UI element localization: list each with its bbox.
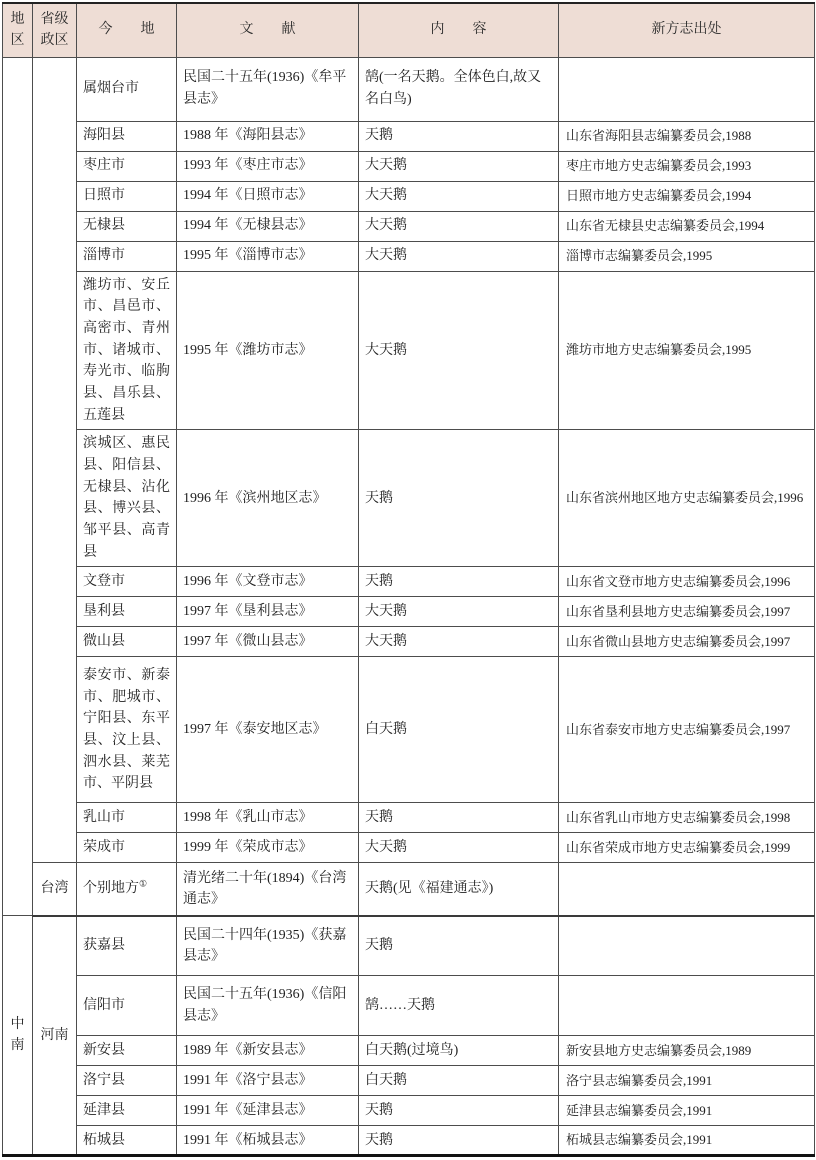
content-cell-text: 鹄……天鹅 bbox=[365, 998, 435, 1013]
document-cell-text: 1991 年《延津县志》 bbox=[183, 1103, 313, 1118]
footnote-marker: ① bbox=[139, 879, 147, 889]
document-cell-text: 民国二十四年(1935)《获嘉县志》 bbox=[183, 928, 346, 965]
document-cell: 1993 年《枣庄市志》 bbox=[177, 151, 359, 181]
document-cell-text: 1991 年《洛宁县志》 bbox=[183, 1073, 313, 1088]
document-cell-text: 1997 年《泰安地区志》 bbox=[183, 722, 327, 737]
source-cell bbox=[559, 57, 815, 121]
place-cell-text: 滨城区、惠民县、阳信县、无棣县、沾化县、博兴县、邹平县、高青县 bbox=[83, 436, 170, 559]
place-cell-text: 乳山市 bbox=[83, 810, 125, 825]
source-cell: 枣庄市地方史志编纂委员会,1993 bbox=[559, 151, 815, 181]
source-cell-text: 枣庄市地方史志编纂委员会,1993 bbox=[566, 158, 751, 173]
source-cell: 新安县地方史志编纂委员会,1989 bbox=[559, 1036, 815, 1066]
source-cell: 山东省滨州地区地方史志编纂委员会,1996 bbox=[559, 430, 815, 567]
source-cell-text: 淄博市志编纂委员会,1995 bbox=[566, 248, 712, 263]
place-cell-text: 微山县 bbox=[83, 634, 125, 649]
place-cell-text: 海阳县 bbox=[83, 128, 125, 143]
document-cell: 1996 年《滨州地区志》 bbox=[177, 430, 359, 567]
content-cell-text: 大天鹅 bbox=[365, 158, 407, 173]
document-cell-text: 1991 年《柘城县志》 bbox=[183, 1133, 313, 1148]
content-cell-text: 白天鹅(过境鸟) bbox=[365, 1043, 458, 1058]
place-cell-text: 荣成市 bbox=[83, 840, 125, 855]
source-cell: 日照市地方史志编纂委员会,1994 bbox=[559, 181, 815, 211]
document-cell-text: 1997 年《微山县志》 bbox=[183, 634, 313, 649]
document-cell-text: 1995 年《潍坊市志》 bbox=[183, 343, 313, 358]
content-cell: 白天鹅 bbox=[359, 1066, 559, 1096]
place-cell-text: 获嘉县 bbox=[83, 938, 125, 953]
source-cell-text: 山东省乳山市地方史志编纂委员会,1998 bbox=[566, 810, 790, 825]
table-row: 垦利县1997 年《垦利县志》大天鹅山东省垦利县地方史志编纂委员会,1997 bbox=[3, 597, 815, 627]
source-cell-text: 山东省海阳县志编纂委员会,1988 bbox=[566, 128, 751, 143]
place-cell: 乳山市 bbox=[77, 803, 177, 833]
header-content: 内 容 bbox=[359, 3, 559, 57]
content-cell-text: 大天鹅 bbox=[365, 188, 407, 203]
table-row: 无棣县1994 年《无棣县志》大天鹅山东省无棣县史志编纂委员会,1994 bbox=[3, 211, 815, 241]
document-cell-text: 1996 年《文登市志》 bbox=[183, 574, 313, 589]
source-cell-text: 延津县志编纂委员会,1991 bbox=[566, 1103, 712, 1118]
document-cell-text: 1995 年《淄博市志》 bbox=[183, 248, 313, 263]
table-row: 潍坊市、安丘市、昌邑市、高密市、青州市、诸城市、寿光市、临朐县、昌乐县、五莲县1… bbox=[3, 271, 815, 430]
place-cell-text: 洛宁县 bbox=[83, 1073, 125, 1088]
content-cell-text: 大天鹅 bbox=[365, 343, 407, 358]
header-row: 地区 省级政区 今 地 文 献 内 容 新方志出处 bbox=[3, 3, 815, 57]
content-cell-text: 白天鹅 bbox=[365, 1073, 407, 1088]
table-row: 微山县1997 年《微山县志》大天鹅山东省微山县地方史志编纂委员会,1997 bbox=[3, 627, 815, 657]
table-row: 属烟台市民国二十五年(1936)《牟平县志》鹄(一名天鹅。全体色白,故又名白鸟) bbox=[3, 57, 815, 121]
document-cell: 1991 年《柘城县志》 bbox=[177, 1126, 359, 1156]
table-row: 台湾个别地方①清光绪二十年(1894)《台湾通志》天鹅(见《福建通志》) bbox=[3, 863, 815, 916]
document-cell-text: 1993 年《枣庄市志》 bbox=[183, 158, 313, 173]
table-row: 信阳市民国二十五年(1936)《信阳县志》鹄……天鹅 bbox=[3, 976, 815, 1036]
source-cell bbox=[559, 916, 815, 976]
place-cell: 信阳市 bbox=[77, 976, 177, 1036]
region-cell-blank bbox=[3, 57, 33, 916]
content-cell: 天鹅 bbox=[359, 430, 559, 567]
content-cell: 大天鹅 bbox=[359, 211, 559, 241]
place-cell: 延津县 bbox=[77, 1096, 177, 1126]
source-cell: 山东省垦利县地方史志编纂委员会,1997 bbox=[559, 597, 815, 627]
document-cell-text: 1996 年《滨州地区志》 bbox=[183, 491, 327, 506]
table-row: 新安县1989 年《新安县志》白天鹅(过境鸟)新安县地方史志编纂委员会,1989 bbox=[3, 1036, 815, 1066]
header-document: 文 献 bbox=[177, 3, 359, 57]
table-row: 洛宁县1991 年《洛宁县志》白天鹅洛宁县志编纂委员会,1991 bbox=[3, 1066, 815, 1096]
place-cell: 荣成市 bbox=[77, 833, 177, 863]
place-cell-text: 淄博市 bbox=[83, 248, 125, 263]
document-cell-text: 1999 年《荣成市志》 bbox=[183, 840, 313, 855]
header-province: 省级政区 bbox=[33, 3, 77, 57]
place-cell-text: 信阳市 bbox=[83, 998, 125, 1013]
content-cell-text: 大天鹅 bbox=[365, 218, 407, 233]
place-cell-text: 延津县 bbox=[83, 1103, 125, 1118]
content-cell: 天鹅 bbox=[359, 803, 559, 833]
place-cell: 海阳县 bbox=[77, 121, 177, 151]
content-cell: 天鹅 bbox=[359, 1126, 559, 1156]
source-cell-text: 山东省荣成市地方史志编纂委员会,1999 bbox=[566, 840, 790, 855]
document-cell: 1989 年《新安县志》 bbox=[177, 1036, 359, 1066]
place-cell-text: 柘城县 bbox=[83, 1133, 125, 1148]
place-cell: 潍坊市、安丘市、昌邑市、高密市、青州市、诸城市、寿光市、临朐县、昌乐县、五莲县 bbox=[77, 271, 177, 430]
table-row: 淄博市1995 年《淄博市志》大天鹅淄博市志编纂委员会,1995 bbox=[3, 241, 815, 271]
place-cell-text: 文登市 bbox=[83, 574, 125, 589]
content-cell: 天鹅 bbox=[359, 1096, 559, 1126]
content-cell-text: 大天鹅 bbox=[365, 840, 407, 855]
content-cell-text: 大天鹅 bbox=[365, 604, 407, 619]
content-cell: 天鹅 bbox=[359, 916, 559, 976]
document-cell: 1994 年《日照市志》 bbox=[177, 181, 359, 211]
table-row: 乳山市1998 年《乳山市志》天鹅山东省乳山市地方史志编纂委员会,1998 bbox=[3, 803, 815, 833]
document-cell: 1996 年《文登市志》 bbox=[177, 567, 359, 597]
document-cell-text: 1998 年《乳山市志》 bbox=[183, 810, 313, 825]
source-cell-text: 洛宁县志编纂委员会,1991 bbox=[566, 1073, 712, 1088]
content-cell-text: 天鹅 bbox=[365, 810, 393, 825]
place-cell: 垦利县 bbox=[77, 597, 177, 627]
content-cell: 天鹅 bbox=[359, 121, 559, 151]
province-cell-henan: 河南 bbox=[33, 916, 77, 1156]
source-cell-text: 山东省垦利县地方史志编纂委员会,1997 bbox=[566, 604, 790, 619]
document-cell: 1997 年《垦利县志》 bbox=[177, 597, 359, 627]
content-cell: 鹄……天鹅 bbox=[359, 976, 559, 1036]
place-cell-text: 枣庄市 bbox=[83, 158, 125, 173]
gazetteer-table-page: 地区 省级政区 今 地 文 献 内 容 新方志出处 属烟台市民国二十五年(193… bbox=[2, 2, 814, 1157]
document-cell: 1998 年《乳山市志》 bbox=[177, 803, 359, 833]
content-cell-text: 天鹅 bbox=[365, 574, 393, 589]
table-body: 属烟台市民国二十五年(1936)《牟平县志》鹄(一名天鹅。全体色白,故又名白鸟)… bbox=[3, 57, 815, 1156]
place-cell-text: 垦利县 bbox=[83, 604, 125, 619]
content-cell: 鹄(一名天鹅。全体色白,故又名白鸟) bbox=[359, 57, 559, 121]
content-cell-text: 大天鹅 bbox=[365, 248, 407, 263]
document-cell: 清光绪二十年(1894)《台湾通志》 bbox=[177, 863, 359, 916]
document-cell: 1997 年《微山县志》 bbox=[177, 627, 359, 657]
place-cell: 柘城县 bbox=[77, 1126, 177, 1156]
content-cell: 大天鹅 bbox=[359, 271, 559, 430]
content-cell: 白天鹅 bbox=[359, 657, 559, 803]
document-cell-text: 1989 年《新安县志》 bbox=[183, 1043, 313, 1058]
source-cell: 洛宁县志编纂委员会,1991 bbox=[559, 1066, 815, 1096]
document-cell: 1999 年《荣成市志》 bbox=[177, 833, 359, 863]
source-cell: 山东省微山县地方史志编纂委员会,1997 bbox=[559, 627, 815, 657]
place-cell-text: 潍坊市、安丘市、昌邑市、高密市、青州市、诸城市、寿光市、临朐县、昌乐县、五莲县 bbox=[83, 278, 170, 423]
place-cell-text: 无棣县 bbox=[83, 218, 125, 233]
content-cell: 大天鹅 bbox=[359, 597, 559, 627]
place-cell-text: 泰安市、新泰市、肥城市、宁阳县、东平县、汶上县、泗水县、莱芜市、平阴县 bbox=[83, 668, 170, 791]
source-cell-text: 新安县地方史志编纂委员会,1989 bbox=[566, 1043, 751, 1058]
place-cell: 获嘉县 bbox=[77, 916, 177, 976]
place-cell: 日照市 bbox=[77, 181, 177, 211]
content-cell: 大天鹅 bbox=[359, 627, 559, 657]
content-cell-text: 大天鹅 bbox=[365, 634, 407, 649]
place-cell: 属烟台市 bbox=[77, 57, 177, 121]
source-cell-text: 潍坊市地方史志编纂委员会,1995 bbox=[566, 342, 751, 357]
table-row: 延津县1991 年《延津县志》天鹅延津县志编纂委员会,1991 bbox=[3, 1096, 815, 1126]
table-row: 柘城县1991 年《柘城县志》天鹅柘城县志编纂委员会,1991 bbox=[3, 1126, 815, 1156]
source-cell bbox=[559, 976, 815, 1036]
content-cell: 天鹅 bbox=[359, 567, 559, 597]
document-cell: 1994 年《无棣县志》 bbox=[177, 211, 359, 241]
source-cell bbox=[559, 863, 815, 916]
place-cell: 滨城区、惠民县、阳信县、无棣县、沾化县、博兴县、邹平县、高青县 bbox=[77, 430, 177, 567]
place-cell: 个别地方① bbox=[77, 863, 177, 916]
content-cell-text: 天鹅 bbox=[365, 128, 393, 143]
content-cell: 天鹅(见《福建通志》) bbox=[359, 863, 559, 916]
source-cell: 山东省海阳县志编纂委员会,1988 bbox=[559, 121, 815, 151]
document-cell: 民国二十五年(1936)《信阳县志》 bbox=[177, 976, 359, 1036]
table-row: 枣庄市1993 年《枣庄市志》大天鹅枣庄市地方史志编纂委员会,1993 bbox=[3, 151, 815, 181]
place-cell: 无棣县 bbox=[77, 211, 177, 241]
table-row: 海阳县1988 年《海阳县志》天鹅山东省海阳县志编纂委员会,1988 bbox=[3, 121, 815, 151]
document-cell: 1995 年《潍坊市志》 bbox=[177, 271, 359, 430]
content-cell-text: 天鹅 bbox=[365, 1103, 393, 1118]
header-source: 新方志出处 bbox=[559, 3, 815, 57]
source-cell: 山东省无棣县史志编纂委员会,1994 bbox=[559, 211, 815, 241]
document-cell-text: 1997 年《垦利县志》 bbox=[183, 604, 313, 619]
place-cell-text: 个别地方 bbox=[83, 881, 139, 896]
header-region: 地区 bbox=[3, 3, 33, 57]
table-row: 荣成市1999 年《荣成市志》大天鹅山东省荣成市地方史志编纂委员会,1999 bbox=[3, 833, 815, 863]
source-cell-text: 柘城县志编纂委员会,1991 bbox=[566, 1132, 712, 1147]
content-cell: 大天鹅 bbox=[359, 151, 559, 181]
region-cell-zhongnan: 中南 bbox=[3, 916, 33, 1156]
place-cell: 洛宁县 bbox=[77, 1066, 177, 1096]
table-row: 泰安市、新泰市、肥城市、宁阳县、东平县、汶上县、泗水县、莱芜市、平阴县1997 … bbox=[3, 657, 815, 803]
place-cell: 淄博市 bbox=[77, 241, 177, 271]
header-place: 今 地 bbox=[77, 3, 177, 57]
content-cell-text: 天鹅 bbox=[365, 938, 393, 953]
document-cell-text: 民国二十五年(1936)《信阳县志》 bbox=[183, 987, 346, 1024]
content-cell-text: 鹄(一名天鹅。全体色白,故又名白鸟) bbox=[365, 70, 541, 107]
source-cell-text: 山东省泰安市地方史志编纂委员会,1997 bbox=[566, 722, 790, 737]
source-cell-text: 日照市地方史志编纂委员会,1994 bbox=[566, 188, 751, 203]
place-cell: 新安县 bbox=[77, 1036, 177, 1066]
source-cell: 山东省荣成市地方史志编纂委员会,1999 bbox=[559, 833, 815, 863]
content-cell: 大天鹅 bbox=[359, 241, 559, 271]
document-cell-text: 民国二十五年(1936)《牟平县志》 bbox=[183, 70, 346, 107]
table-row: 滨城区、惠民县、阳信县、无棣县、沾化县、博兴县、邹平县、高青县1996 年《滨州… bbox=[3, 430, 815, 567]
place-cell-text: 新安县 bbox=[83, 1043, 125, 1058]
document-cell: 民国二十五年(1936)《牟平县志》 bbox=[177, 57, 359, 121]
document-cell-text: 1994 年《无棣县志》 bbox=[183, 218, 313, 233]
swan-gazetteer-table: 地区 省级政区 今 地 文 献 内 容 新方志出处 属烟台市民国二十五年(193… bbox=[2, 2, 815, 1157]
document-cell: 1995 年《淄博市志》 bbox=[177, 241, 359, 271]
province-cell-blank bbox=[33, 57, 77, 863]
document-cell: 1988 年《海阳县志》 bbox=[177, 121, 359, 151]
document-cell-text: 1994 年《日照市志》 bbox=[183, 188, 313, 203]
table-row: 文登市1996 年《文登市志》天鹅山东省文登市地方史志编纂委员会,1996 bbox=[3, 567, 815, 597]
source-cell: 山东省乳山市地方史志编纂委员会,1998 bbox=[559, 803, 815, 833]
content-cell: 白天鹅(过境鸟) bbox=[359, 1036, 559, 1066]
document-cell-text: 1988 年《海阳县志》 bbox=[183, 128, 313, 143]
source-cell-text: 山东省无棣县史志编纂委员会,1994 bbox=[566, 218, 764, 233]
table-row: 中南河南获嘉县民国二十四年(1935)《获嘉县志》天鹅 bbox=[3, 916, 815, 976]
source-cell-text: 山东省文登市地方史志编纂委员会,1996 bbox=[566, 574, 790, 589]
source-cell-text: 山东省微山县地方史志编纂委员会,1997 bbox=[566, 634, 790, 649]
content-cell-text: 天鹅(见《福建通志》) bbox=[365, 881, 493, 896]
source-cell-text: 山东省滨州地区地方史志编纂委员会,1996 bbox=[566, 490, 803, 505]
place-cell: 微山县 bbox=[77, 627, 177, 657]
document-cell-text: 清光绪二十年(1894)《台湾通志》 bbox=[183, 871, 346, 908]
place-cell: 枣庄市 bbox=[77, 151, 177, 181]
document-cell: 1997 年《泰安地区志》 bbox=[177, 657, 359, 803]
source-cell: 淄博市志编纂委员会,1995 bbox=[559, 241, 815, 271]
place-cell-text: 日照市 bbox=[83, 188, 125, 203]
content-cell: 大天鹅 bbox=[359, 833, 559, 863]
source-cell: 柘城县志编纂委员会,1991 bbox=[559, 1126, 815, 1156]
place-cell: 文登市 bbox=[77, 567, 177, 597]
province-cell-taiwan: 台湾 bbox=[33, 863, 77, 916]
source-cell: 山东省泰安市地方史志编纂委员会,1997 bbox=[559, 657, 815, 803]
place-cell-text: 属烟台市 bbox=[83, 81, 139, 96]
source-cell: 延津县志编纂委员会,1991 bbox=[559, 1096, 815, 1126]
source-cell: 山东省文登市地方史志编纂委员会,1996 bbox=[559, 567, 815, 597]
content-cell-text: 天鹅 bbox=[365, 1133, 393, 1148]
source-cell: 潍坊市地方史志编纂委员会,1995 bbox=[559, 271, 815, 430]
document-cell: 1991 年《洛宁县志》 bbox=[177, 1066, 359, 1096]
document-cell: 1991 年《延津县志》 bbox=[177, 1096, 359, 1126]
document-cell: 民国二十四年(1935)《获嘉县志》 bbox=[177, 916, 359, 976]
content-cell-text: 白天鹅 bbox=[365, 722, 407, 737]
content-cell: 大天鹅 bbox=[359, 181, 559, 211]
table-row: 日照市1994 年《日照市志》大天鹅日照市地方史志编纂委员会,1994 bbox=[3, 181, 815, 211]
place-cell: 泰安市、新泰市、肥城市、宁阳县、东平县、汶上县、泗水县、莱芜市、平阴县 bbox=[77, 657, 177, 803]
content-cell-text: 天鹅 bbox=[365, 491, 393, 506]
